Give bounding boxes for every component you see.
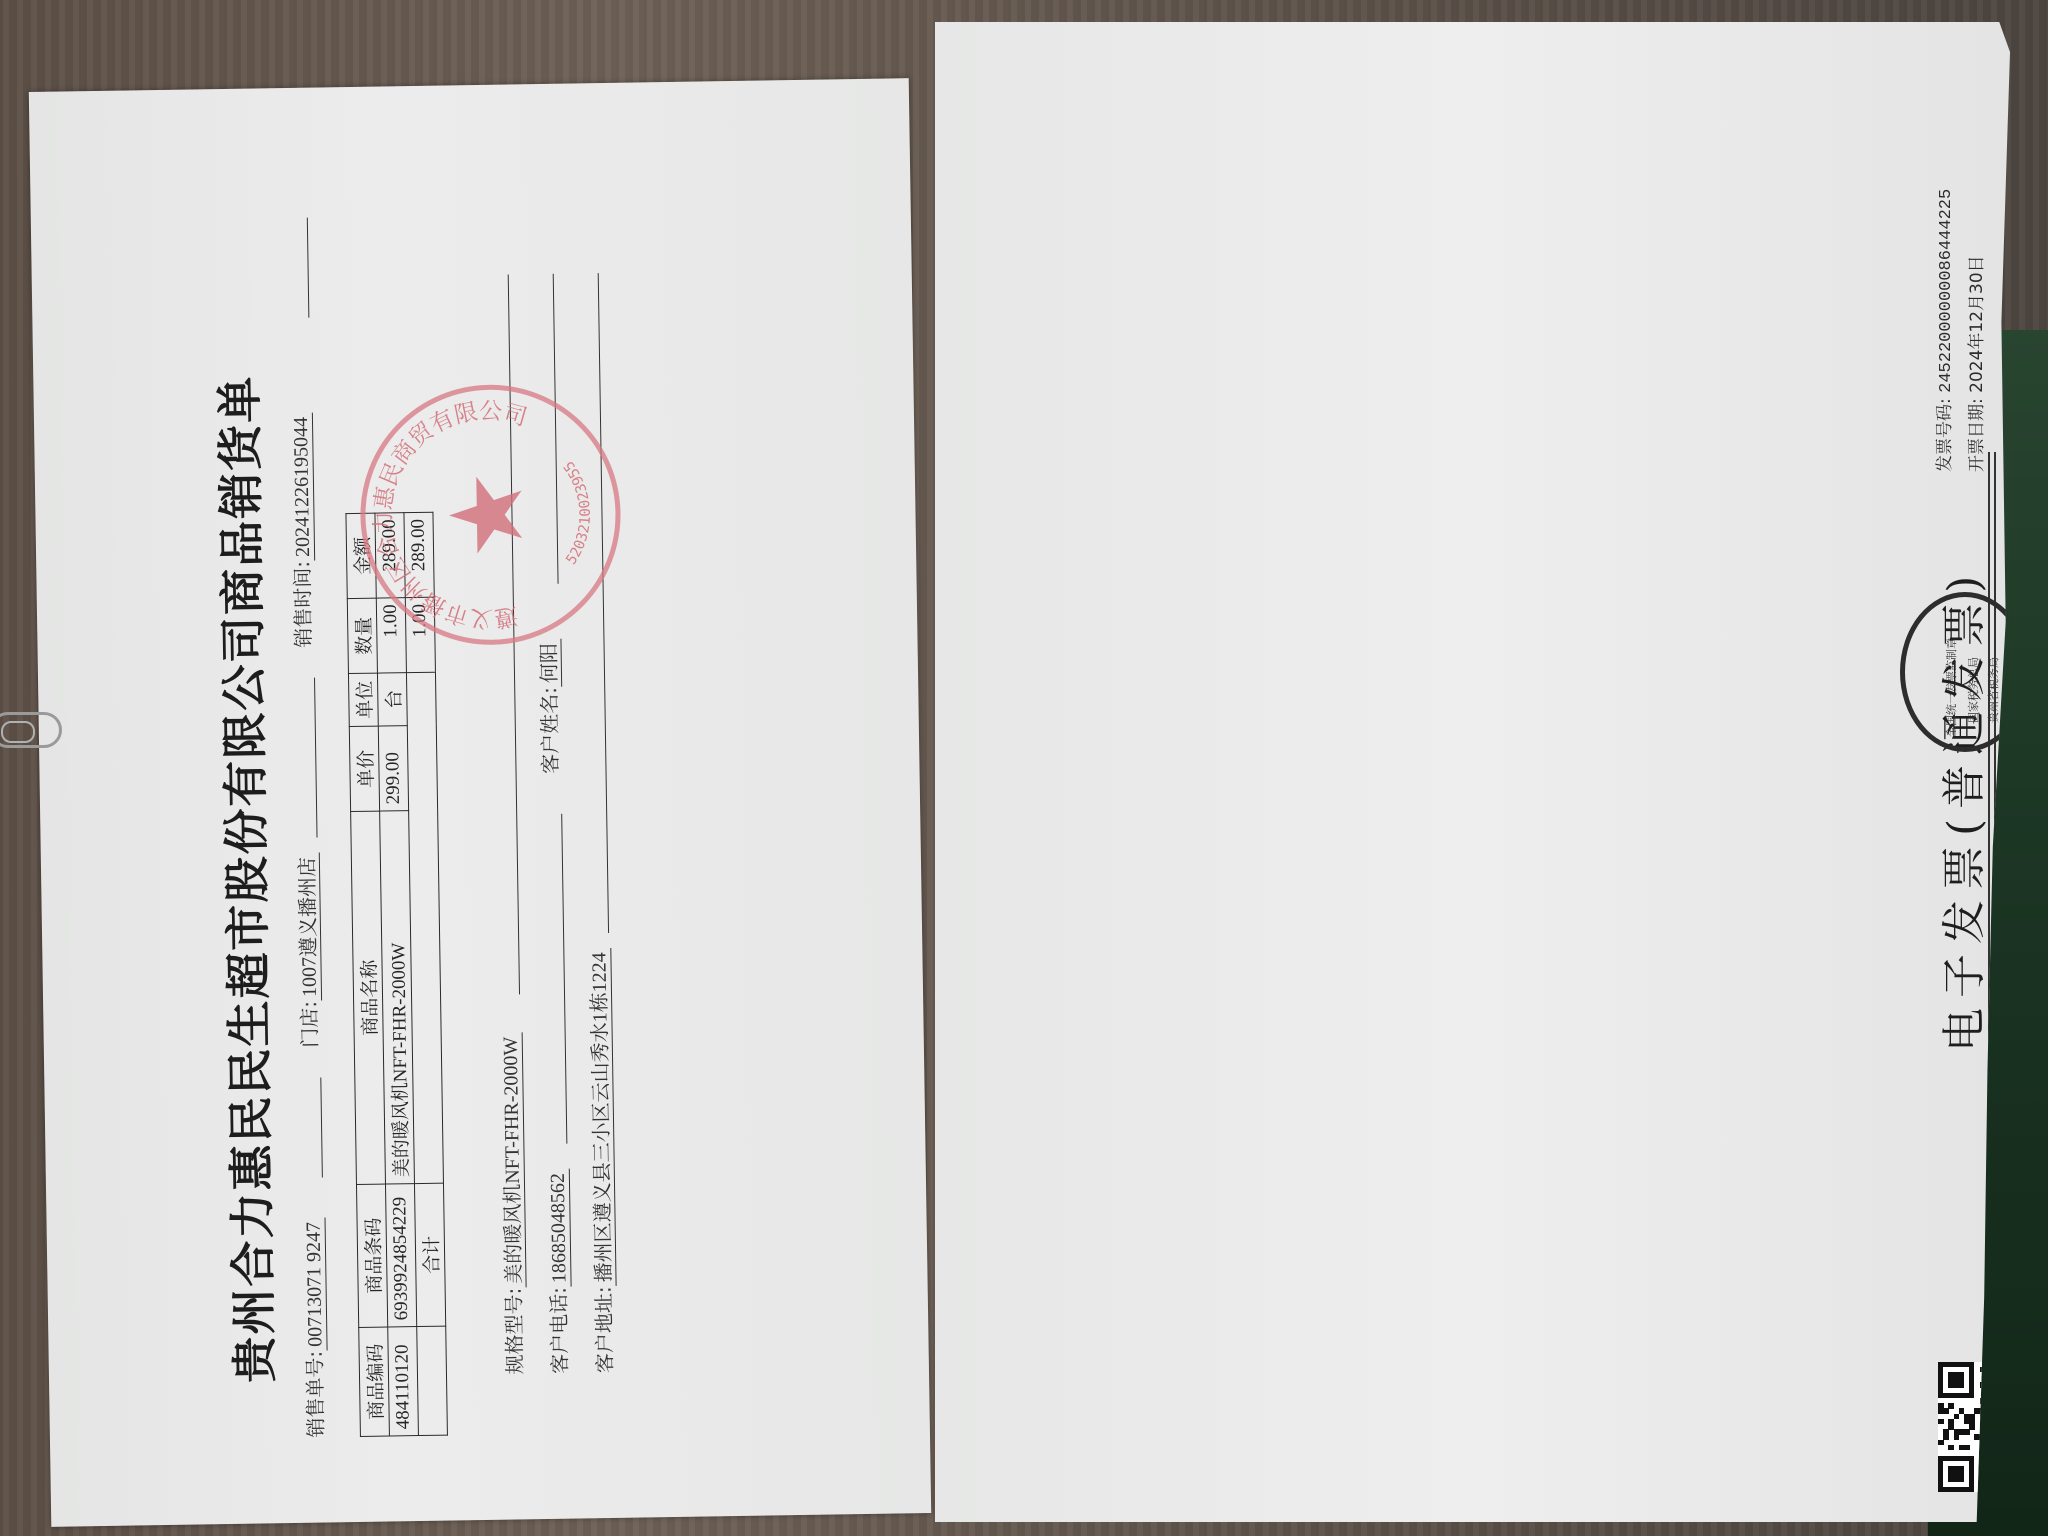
invoice-no-line: 发票号码: 24522000000086444225 (1930, 189, 1956, 472)
underline (320, 1078, 323, 1178)
company-seal-stamp: 遵义市播州区合力惠民商贸有限公司 5203210023955 ★ (358, 383, 622, 647)
receipt-title: 贵州合力惠民民生超市股份有限公司商品销货单 (202, 278, 287, 1479)
e-invoice-sheet: 电子发票(普通发票) 全国统一发票监制章 国家税务总局 贵州省税务局 发票号码:… (935, 22, 2010, 1522)
issue-date: 2024年12月30日 (1967, 255, 1987, 393)
underline (561, 814, 567, 1144)
phone: 18685048562 (547, 1169, 572, 1287)
issue-date-line: 开票日期: 2024年12月30日 (1962, 255, 1987, 472)
address-line: 客户地址:播州区遵义县三小区云山秀水1栋1224 (582, 948, 618, 1373)
sale-time: 20241226195044 (290, 413, 315, 561)
customer-line: 客户姓名:何阳 (532, 639, 563, 774)
customer-name: 何阳 (538, 639, 562, 687)
address: 播州区遵义县三小区云山秀水1栋1224 (588, 948, 616, 1286)
svg-text:5203210023955: 5203210023955 (561, 457, 595, 568)
sale-no: 00713071 9247 (303, 1218, 328, 1351)
spec: 美的暖风机NFT-FHR-2000W (500, 1033, 527, 1288)
underline (307, 218, 310, 318)
sale-no-line: 销售单号:00713071 9247 (297, 1218, 329, 1438)
store: 1007遵义播州店 (297, 853, 322, 1001)
receipt-items-table: 商品编码 商品条码 商品名称 单价 单位 数量 金额 484110120 693… (345, 512, 448, 1437)
phone-line: 客户电话:18685048562 (541, 1169, 573, 1374)
sales-receipt-sheet: 贵州合力惠民民生超市股份有限公司商品销货单 销售单号:00713071 9247… (29, 78, 931, 1527)
star-icon: ★ (437, 469, 538, 560)
sales-receipt: 贵州合力惠民民生超市股份有限公司商品销货单 销售单号:00713071 9247… (180, 161, 761, 1480)
store-line: 门店:1007遵义播州店 (291, 853, 323, 1048)
title-underline (1988, 452, 1990, 1052)
sale-time-line: 销售时间:20241226195044 (284, 413, 317, 648)
paperclip (0, 712, 62, 748)
spec-line: 规格型号:美的暖风机NFT-FHR-2000W (494, 1033, 528, 1375)
underline (314, 678, 318, 838)
invoice-no: 24522000000086444225 (1937, 189, 1956, 393)
